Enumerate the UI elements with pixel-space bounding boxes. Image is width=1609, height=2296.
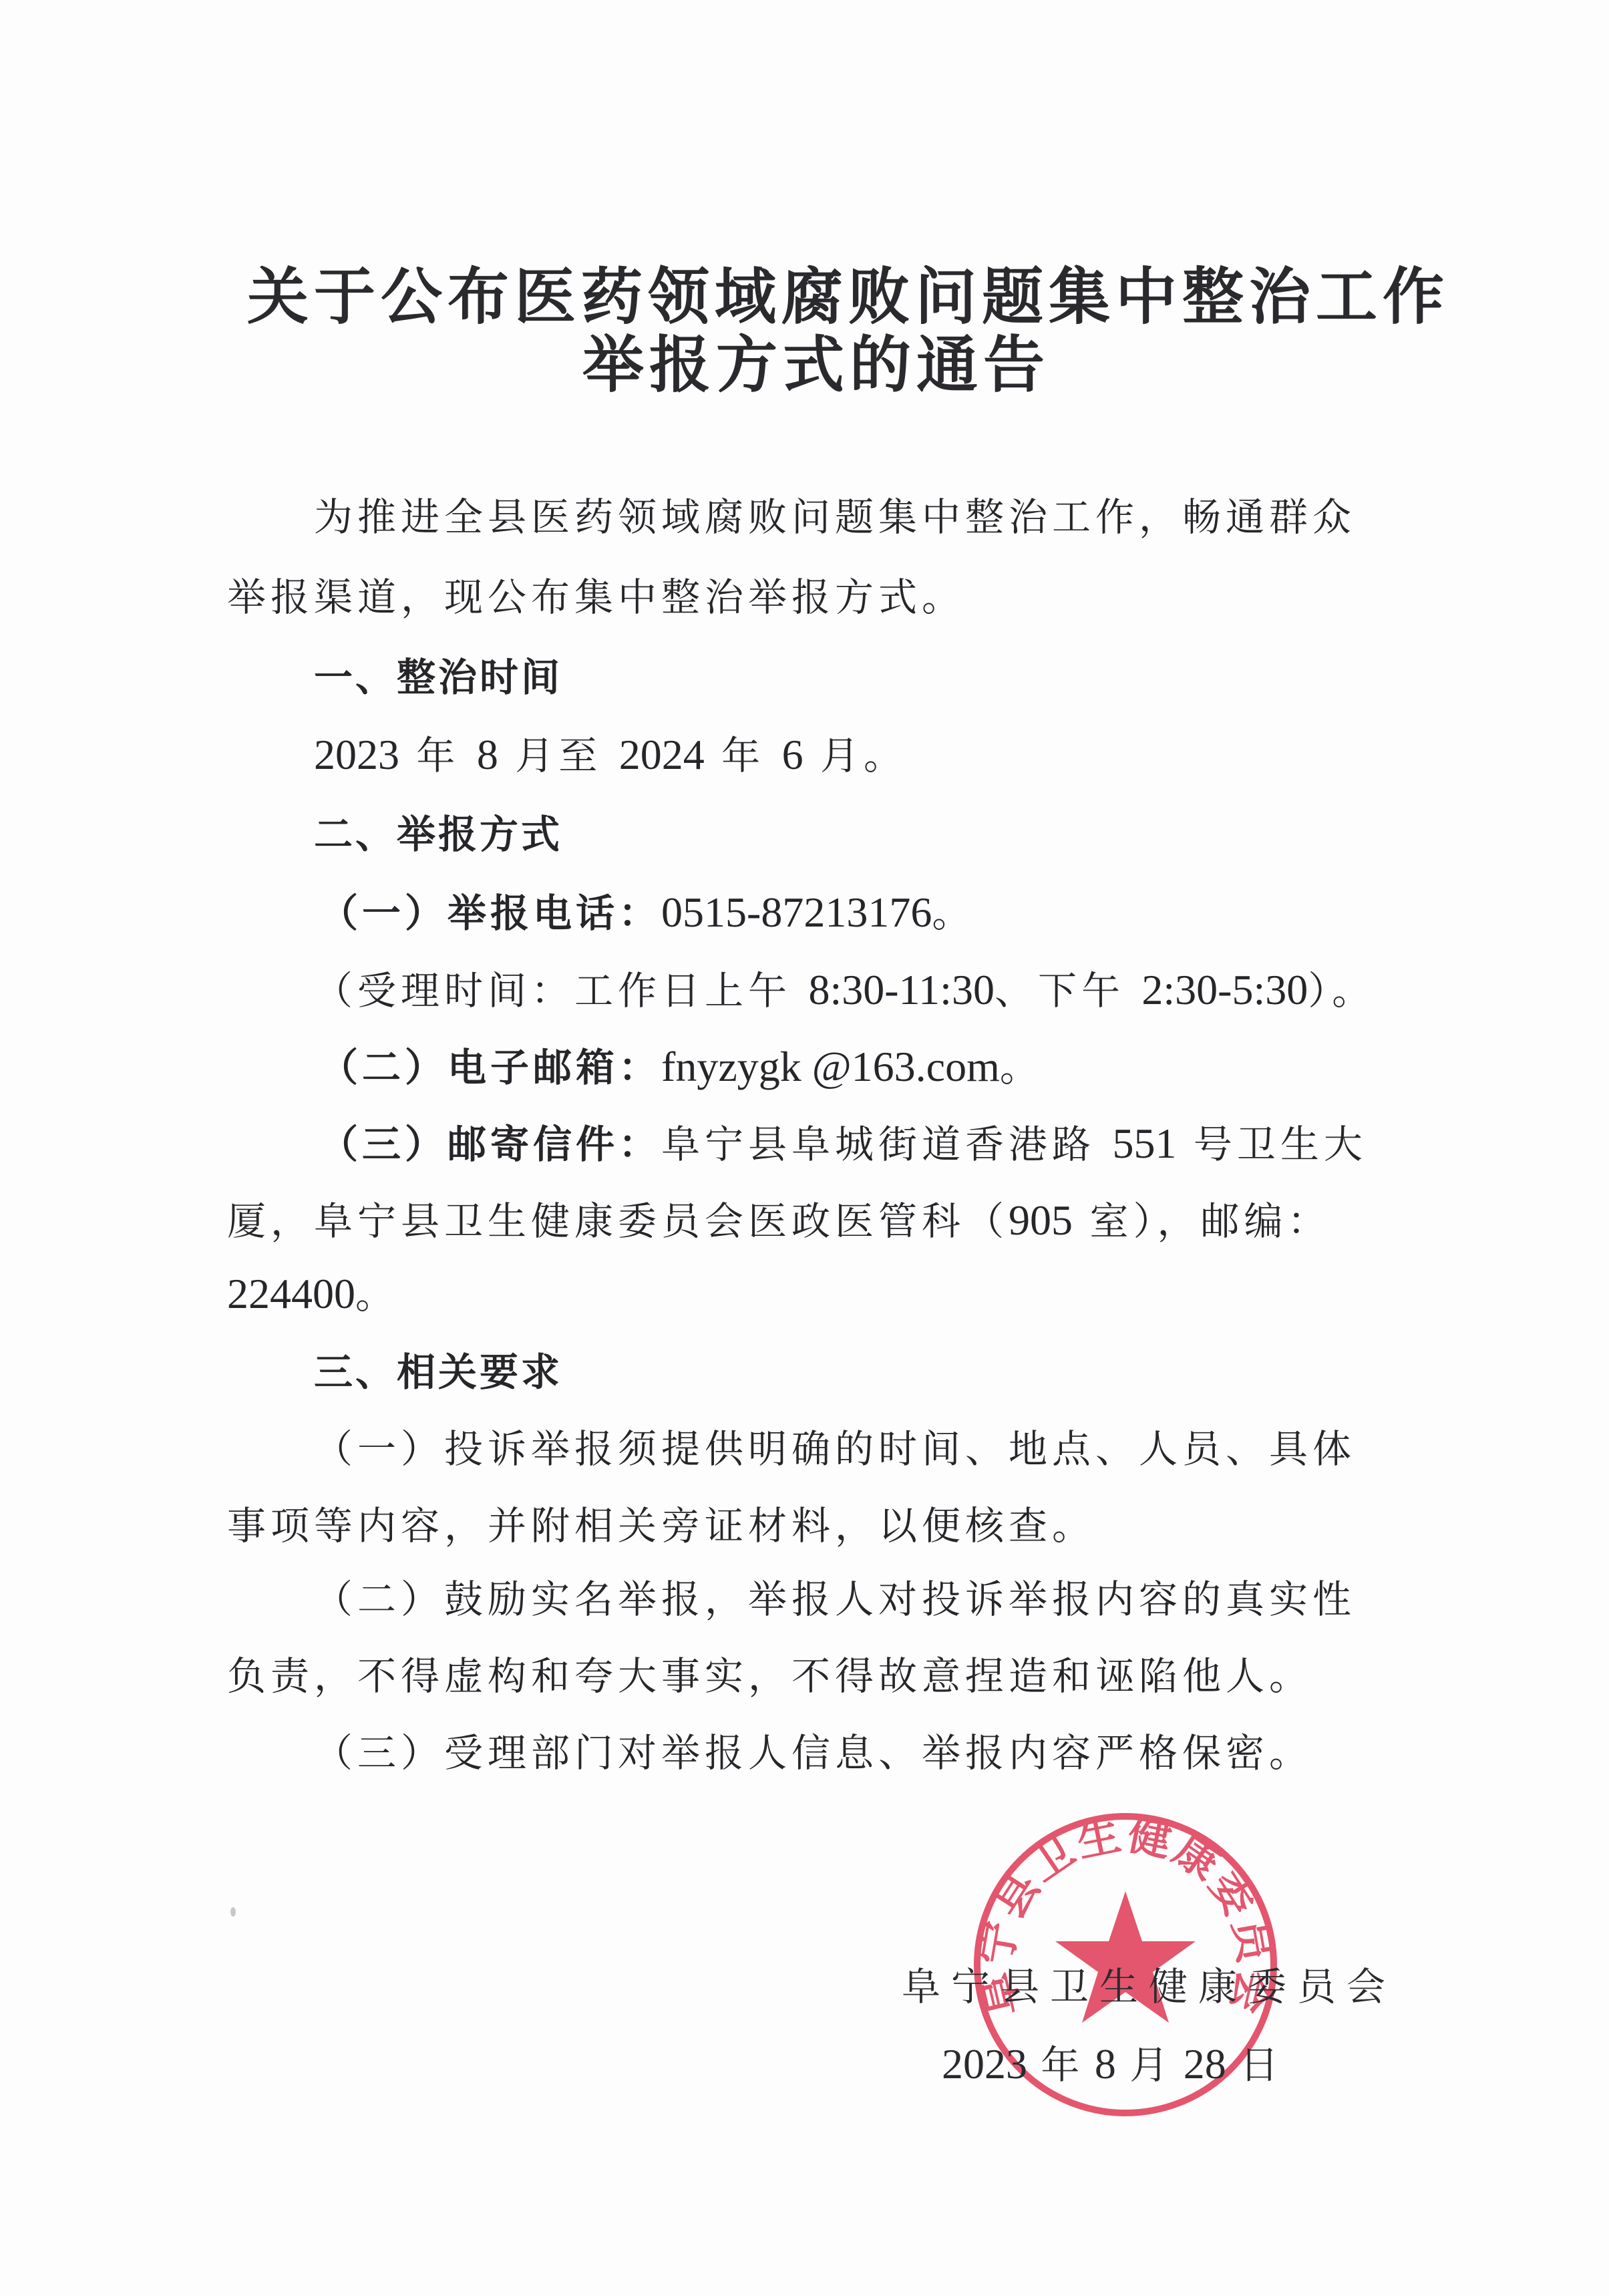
afternoon-hours: 2:30-5:30	[1141, 966, 1308, 1013]
report-mail-label: （三）邮寄信件：	[319, 1122, 661, 1167]
report-email-address: fnyzygk @163.com	[661, 1043, 1000, 1090]
start-year: 2023	[314, 731, 399, 778]
month-unit: 月	[1116, 2042, 1184, 2088]
section-heading-2: 二、举报方式	[314, 815, 562, 854]
year-unit: 年	[705, 733, 782, 778]
issue-month: 8	[1095, 2040, 1116, 2088]
start-month: 8	[477, 731, 498, 778]
scan-speck	[230, 1907, 236, 1917]
document-page: 关于公布医药领域腐败问题集中整治工作 举报方式的通告 为推进全县医药领域腐败问题…	[0, 0, 1609, 2296]
requirement-1-line-1: （一）投诉举报须提供明确的时间、地点、人员、具体	[314, 1430, 1356, 1468]
issue-year: 2023	[942, 2040, 1027, 2088]
year-unit: 年	[1027, 2042, 1095, 2088]
section-heading-3: 三、相关要求	[314, 1353, 562, 1391]
issue-day: 28	[1184, 2040, 1226, 2088]
document-title-line-1: 关于公布医药领域腐败问题集中整治工作	[247, 266, 1449, 327]
year-unit: 年	[399, 733, 477, 778]
issue-date: 2023 年 8 月 28 日	[942, 2043, 1280, 2086]
month-unit: 月。	[803, 733, 907, 778]
requirement-2-line-2: 负责，不得虚构和夸大事实，不得故意捏造和诬陷他人。	[227, 1657, 1312, 1695]
section-heading-1: 一、整治时间	[314, 658, 562, 697]
report-email: （二）电子邮箱：fnyzygk @163.com。	[319, 1045, 1043, 1088]
office-hours-suffix: ）。	[1308, 968, 1375, 1013]
document-title-line-2: 举报方式的通告	[582, 334, 1050, 395]
postcode: 224400	[227, 1270, 355, 1317]
end-year: 2024	[619, 731, 705, 778]
intro-line-2: 举报渠道，现公布集中整治举报方式。	[227, 578, 965, 617]
office-hours-middle: 、下午	[995, 968, 1141, 1013]
report-mail-line-2: 厦，阜宁县卫生健康委员会医政医管科（905 室），邮编：	[227, 1199, 1330, 1242]
requirement-3-line-1: （三）受理部门对举报人信息、举报内容严格保密。	[314, 1734, 1312, 1772]
mail-address-part: 厦，阜宁县卫生健康委员会医政医管科（	[227, 1198, 1009, 1244]
intro-line-1: 为推进全县医药领域腐败问题集中整治工作，畅通群众	[314, 498, 1356, 536]
office-hours-prefix: （受理时间：工作日上午	[314, 968, 808, 1013]
period-mark: 。	[355, 1272, 399, 1317]
mail-address-part: 室），邮编：	[1073, 1198, 1330, 1244]
requirement-2-line-1: （二）鼓励实名举报，举报人对投诉举报内容的真实性	[314, 1580, 1356, 1619]
street-number: 551	[1112, 1120, 1176, 1167]
report-mail-line-3: 224400。	[227, 1273, 399, 1315]
report-email-label: （二）电子邮箱：	[319, 1045, 661, 1090]
morning-hours: 8:30-11:30	[808, 966, 995, 1013]
period-mark: 。	[1000, 1045, 1043, 1090]
report-phone: （一）举报电话：0515-87213176。	[319, 891, 975, 934]
end-month: 6	[782, 731, 803, 778]
mail-address-part: 阜宁县阜城街道香港路	[661, 1122, 1112, 1167]
day-unit: 日	[1226, 2042, 1280, 2088]
requirement-1-line-2: 事项等内容，并附相关旁证材料，以便核查。	[227, 1506, 1095, 1545]
mail-address-part: 号卫生大	[1176, 1122, 1367, 1167]
report-mail-line-1: （三）邮寄信件：阜宁县阜城街道香港路 551 号卫生大	[319, 1122, 1367, 1165]
report-phone-label: （一）举报电话：	[319, 890, 661, 936]
office-hours: （受理时间：工作日上午 8:30-11:30、下午 2:30-5:30）。	[314, 969, 1375, 1011]
month-unit: 月至	[498, 733, 619, 778]
issuing-organization: 阜宁县卫生健康委员会	[902, 1967, 1396, 2006]
period-mark: 。	[932, 890, 975, 936]
report-phone-number: 0515-87213176	[661, 888, 932, 936]
remediation-period: 2023 年 8 月至 2024 年 6 月。	[314, 733, 907, 776]
room-number: 905	[1009, 1196, 1073, 1244]
